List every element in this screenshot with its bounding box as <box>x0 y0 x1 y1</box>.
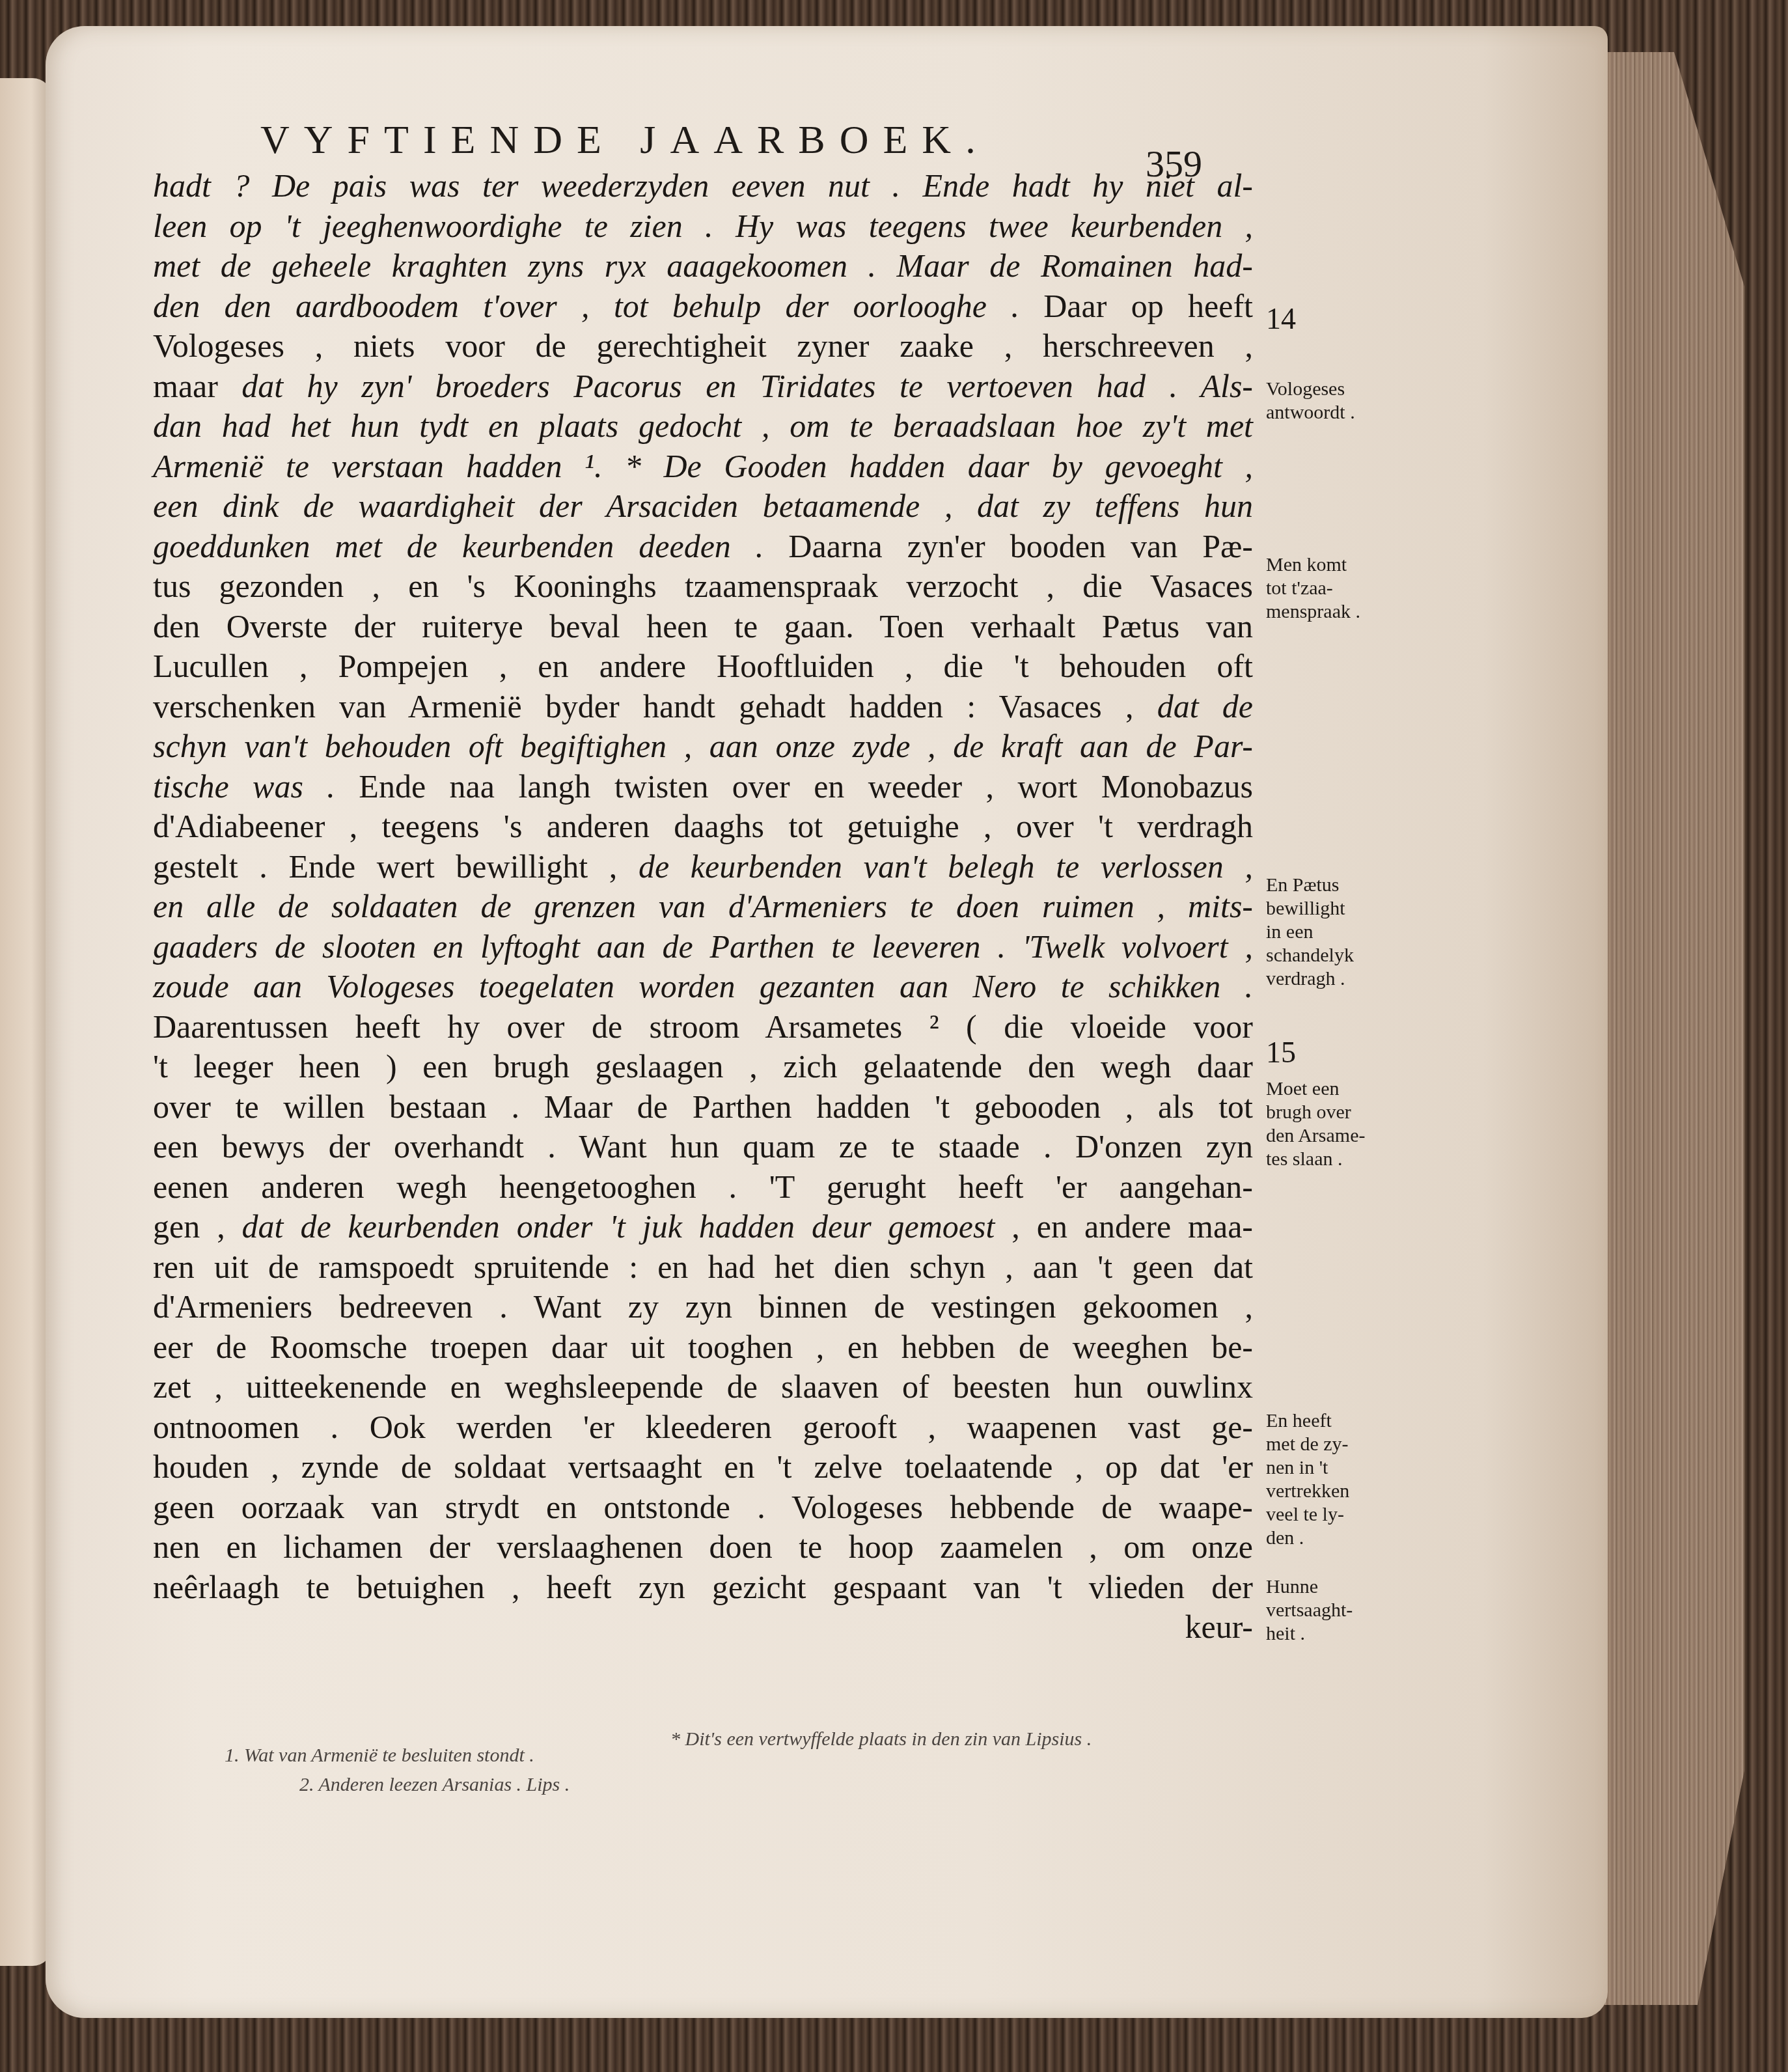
text-line: tische was . Ende naa langh twisten over… <box>153 767 1253 807</box>
roman-run: ontnoomen . Ook werden 'er kleederen ger… <box>153 1409 1253 1445</box>
margin-note-line: den . <box>1266 1526 1403 1550</box>
margin-note-line: schandelyk <box>1266 944 1403 967</box>
italic-run: gaaders de slooten en lyftoght aan de Pa… <box>153 928 1253 965</box>
footnote-1: 1. Wat van Armenië te besluiten stondt . <box>225 1745 534 1767</box>
margin-note-line: vertrekken <box>1266 1480 1403 1503</box>
text-line: d'Adiabeener , teegens 's anderen daaghs… <box>153 807 1253 847</box>
roman-run: geen oorzaak van strydt en ontstonde . V… <box>153 1489 1253 1525</box>
roman-run: 't leeger heen ) een brugh geslaagen , z… <box>153 1048 1253 1084</box>
text-line: dan had het hun tydt en plaats gedocht ,… <box>153 406 1253 447</box>
footnote-asterisk: * Dit's een vertwyffelde plaats in den z… <box>670 1728 1092 1750</box>
margin-note: En Pætus bewillight in een schandelyk ve… <box>1266 874 1403 991</box>
section-number: 15 <box>1266 1035 1296 1070</box>
section-number: 14 <box>1266 301 1296 336</box>
roman-run: Ende naa langh twisten over en weeder , … <box>335 768 1253 805</box>
italic-run: hadt ? De pais was ter weederzyden eeven… <box>153 167 1253 204</box>
text-line: Daarentussen heeft hy over de stroom Ars… <box>153 1007 1253 1047</box>
italic-run: en alle de soldaaten de grenzen van d'Ar… <box>153 888 1253 924</box>
text-line: zet , uitteekenende en weghsleepende de … <box>153 1367 1253 1407</box>
roman-run: gestelt . Ende wert bewillight , <box>153 848 639 885</box>
margin-note: Men komt tot t'zaa- menspraak . <box>1266 553 1403 624</box>
text-line: ontnoomen . Ook werden 'er kleederen ger… <box>153 1407 1253 1448</box>
italic-run: tische was . <box>153 768 335 805</box>
text-line: Vologeses , niets voor de gerechtigheit … <box>153 326 1253 366</box>
margin-note-line: Moet een <box>1266 1077 1403 1101</box>
text-line: eer de Roomsche troepen daar uit tooghen… <box>153 1327 1253 1368</box>
italic-run: met de geheele kraghten zyns ryx aaageko… <box>153 247 1253 284</box>
roman-run: maar <box>153 368 241 404</box>
margin-note-line: Men komt <box>1266 553 1403 577</box>
roman-run: neêrlaagh te betuighen , heeft zyn gezic… <box>153 1569 1253 1605</box>
text-line: houden , zynde de soldaat vertsaaght en … <box>153 1447 1253 1487</box>
facing-page-edge <box>0 78 52 1966</box>
margin-note-line: heit . <box>1266 1622 1403 1646</box>
italic-run: een dink de waardigheit der Arsaciden be… <box>153 488 1253 524</box>
roman-run: over te willen bestaan . Maar de Parthen… <box>153 1088 1253 1125</box>
margin-note-line: antwoordt . <box>1266 401 1403 424</box>
text-line: geen oorzaak van strydt en ontstonde . V… <box>153 1487 1253 1528</box>
margin-note-line: menspraak . <box>1266 600 1403 624</box>
roman-run: d'Adiabeener , teegens 's anderen daaghs… <box>153 808 1253 844</box>
text-line: Lucullen , Pompejen , en andere Hooftlui… <box>153 646 1253 687</box>
margin-note: En heeft met de zy- nen in 't vertrekken… <box>1266 1409 1403 1550</box>
roman-run: Daar op heeft <box>1019 288 1253 324</box>
roman-run: zet , uitteekenende en weghsleepende de … <box>153 1368 1253 1405</box>
margin-note-line: met de zy- <box>1266 1433 1403 1456</box>
text-line: een dink de waardigheit der Arsaciden be… <box>153 486 1253 527</box>
margin-note-line: bewillight <box>1266 897 1403 920</box>
margin-note: Moet een brugh over den Arsame- tes slaa… <box>1266 1077 1403 1171</box>
roman-run: eenen anderen wegh heengetooghen . 'T ge… <box>153 1168 1253 1205</box>
footnote-2: 2. Anderen leezen Arsanias . Lips . <box>299 1774 570 1796</box>
roman-run: nen en lichamen der verslaaghenen doen t… <box>153 1528 1253 1565</box>
text-line: zoude aan Vologeses toegelaten worden ge… <box>153 967 1253 1007</box>
text-line: verschenken van Armenië byder handt geha… <box>153 687 1253 727</box>
italic-run: leen op 't jeeghenwoordighe te zien . Hy… <box>153 208 1253 244</box>
text-line: Armenië te verstaan hadden ¹. * De Goode… <box>153 447 1253 487</box>
italic-run: dat hy zyn' broeders Pacorus en Tiridate… <box>241 368 1253 404</box>
text-line: een bewys der overhandt . Want hun quam … <box>153 1127 1253 1167</box>
margin-note-line: En heeft <box>1266 1409 1403 1433</box>
text-line: gen , dat de keurbenden onder 't juk had… <box>153 1207 1253 1247</box>
italic-run: dan had het hun tydt en plaats gedocht ,… <box>153 407 1253 444</box>
text-line: en alle de soldaaten de grenzen van d'Ar… <box>153 887 1253 927</box>
text-line: d'Armeniers bedreeven . Want zy zyn binn… <box>153 1287 1253 1327</box>
text-line: tus gezonden , en 's Kooninghs tzaamensp… <box>153 566 1253 607</box>
italic-run: dat de <box>1157 688 1253 725</box>
italic-run: dat de keurbenden onder 't juk hadden de… <box>242 1208 995 1245</box>
margin-note-line: vertsaaght- <box>1266 1599 1403 1622</box>
margin-note-line: den Arsame- <box>1266 1124 1403 1148</box>
text-line: gestelt . Ende wert bewillight , de keur… <box>153 847 1253 887</box>
margin-note: Vologeses antwoordt . <box>1266 378 1403 424</box>
roman-run: ren uit de ramspoedt spruitende : en had… <box>153 1249 1253 1285</box>
italic-run: zoude aan Vologeses toegelaten worden ge… <box>153 968 1253 1004</box>
roman-run: den Overste der ruiterye beval heen te g… <box>153 608 1253 644</box>
text-line: 't leeger heen ) een brugh geslaagen , z… <box>153 1047 1253 1087</box>
text-line: neêrlaagh te betuighen , heeft zyn gezic… <box>153 1568 1253 1608</box>
text-line: den Overste der ruiterye beval heen te g… <box>153 607 1253 647</box>
text-line: nen en lichamen der verslaaghenen doen t… <box>153 1527 1253 1568</box>
roman-run: d'Armeniers bedreeven . Want zy zyn binn… <box>153 1288 1253 1325</box>
margin-note-line: tes slaan . <box>1266 1148 1403 1171</box>
text-line: gaaders de slooten en lyftoght aan de Pa… <box>153 927 1253 967</box>
margin-note-line: En Pætus <box>1266 874 1403 897</box>
margin-note-line: in een <box>1266 920 1403 944</box>
roman-run: Daarentussen heeft hy over de stroom Ars… <box>153 1008 1253 1045</box>
roman-run: Vologeses , niets voor de gerechtigheit … <box>153 327 1253 364</box>
roman-run: verschenken van Armenië byder handt geha… <box>153 688 1157 725</box>
margin-note-line: Vologeses <box>1266 378 1403 401</box>
margin-note-line: verdragh . <box>1266 967 1403 991</box>
italic-run: schyn van't behouden oft begiftighen , a… <box>153 728 1253 764</box>
italic-run: de keurbenden van't belegh te verlossen … <box>639 848 1253 885</box>
text-line: goeddunken met de keurbenden deeden . Da… <box>153 527 1253 567</box>
italic-run: goeddunken met de keurbenden deeden . <box>153 528 763 564</box>
roman-run: , en andere maa- <box>995 1208 1253 1245</box>
text-line: keur- <box>153 1607 1253 1648</box>
roman-run: Daarna zyn'er booden van Pæ- <box>763 528 1253 564</box>
page-stack-edges <box>1588 52 1744 2005</box>
roman-run: tus gezonden , en 's Kooninghs tzaamensp… <box>153 568 1253 604</box>
text-line: schyn van't behouden oft begiftighen , a… <box>153 726 1253 767</box>
margin-note-line: veel te ly- <box>1266 1503 1403 1526</box>
text-line: over te willen bestaan . Maar de Parthen… <box>153 1087 1253 1127</box>
margin-note-line: tot t'zaa- <box>1266 577 1403 600</box>
roman-run: een bewys der overhandt . Want hun quam … <box>153 1128 1253 1165</box>
margin-note: Hunne vertsaaght- heit . <box>1266 1575 1403 1646</box>
text-line: ren uit de ramspoedt spruitende : en had… <box>153 1247 1253 1288</box>
roman-run: eer de Roomsche troepen daar uit tooghen… <box>153 1329 1253 1365</box>
text-line: den den aardboodem t'over , tot behulp d… <box>153 286 1253 327</box>
body-text: hadt ? De pais was ter weederzyden eeven… <box>153 166 1253 1648</box>
roman-run: houden , zynde de soldaat vertsaaght en … <box>153 1448 1253 1485</box>
text-line: maar dat hy zyn' broeders Pacorus en Tir… <box>153 366 1253 407</box>
text-line: leen op 't jeeghenwoordighe te zien . Hy… <box>153 206 1253 247</box>
roman-run: Lucullen , Pompejen , en andere Hooftlui… <box>153 648 1253 684</box>
roman-run: keur- <box>1185 1609 1254 1645</box>
text-line: hadt ? De pais was ter weederzyden eeven… <box>153 166 1253 206</box>
italic-run: den den aardboodem t'over , tot behulp d… <box>153 288 1019 324</box>
margin-note-line: brugh over <box>1266 1101 1403 1124</box>
margin-note-line: Hunne <box>1266 1575 1403 1599</box>
running-head: VYFTIENDE JAARBOEK. <box>260 117 990 163</box>
italic-run: Armenië te verstaan hadden ¹. * De Goode… <box>153 448 1253 484</box>
margin-note-line: nen in 't <box>1266 1456 1403 1480</box>
roman-run: gen , <box>153 1208 242 1245</box>
text-line: met de geheele kraghten zyns ryx aaageko… <box>153 246 1253 286</box>
text-line: eenen anderen wegh heengetooghen . 'T ge… <box>153 1167 1253 1208</box>
